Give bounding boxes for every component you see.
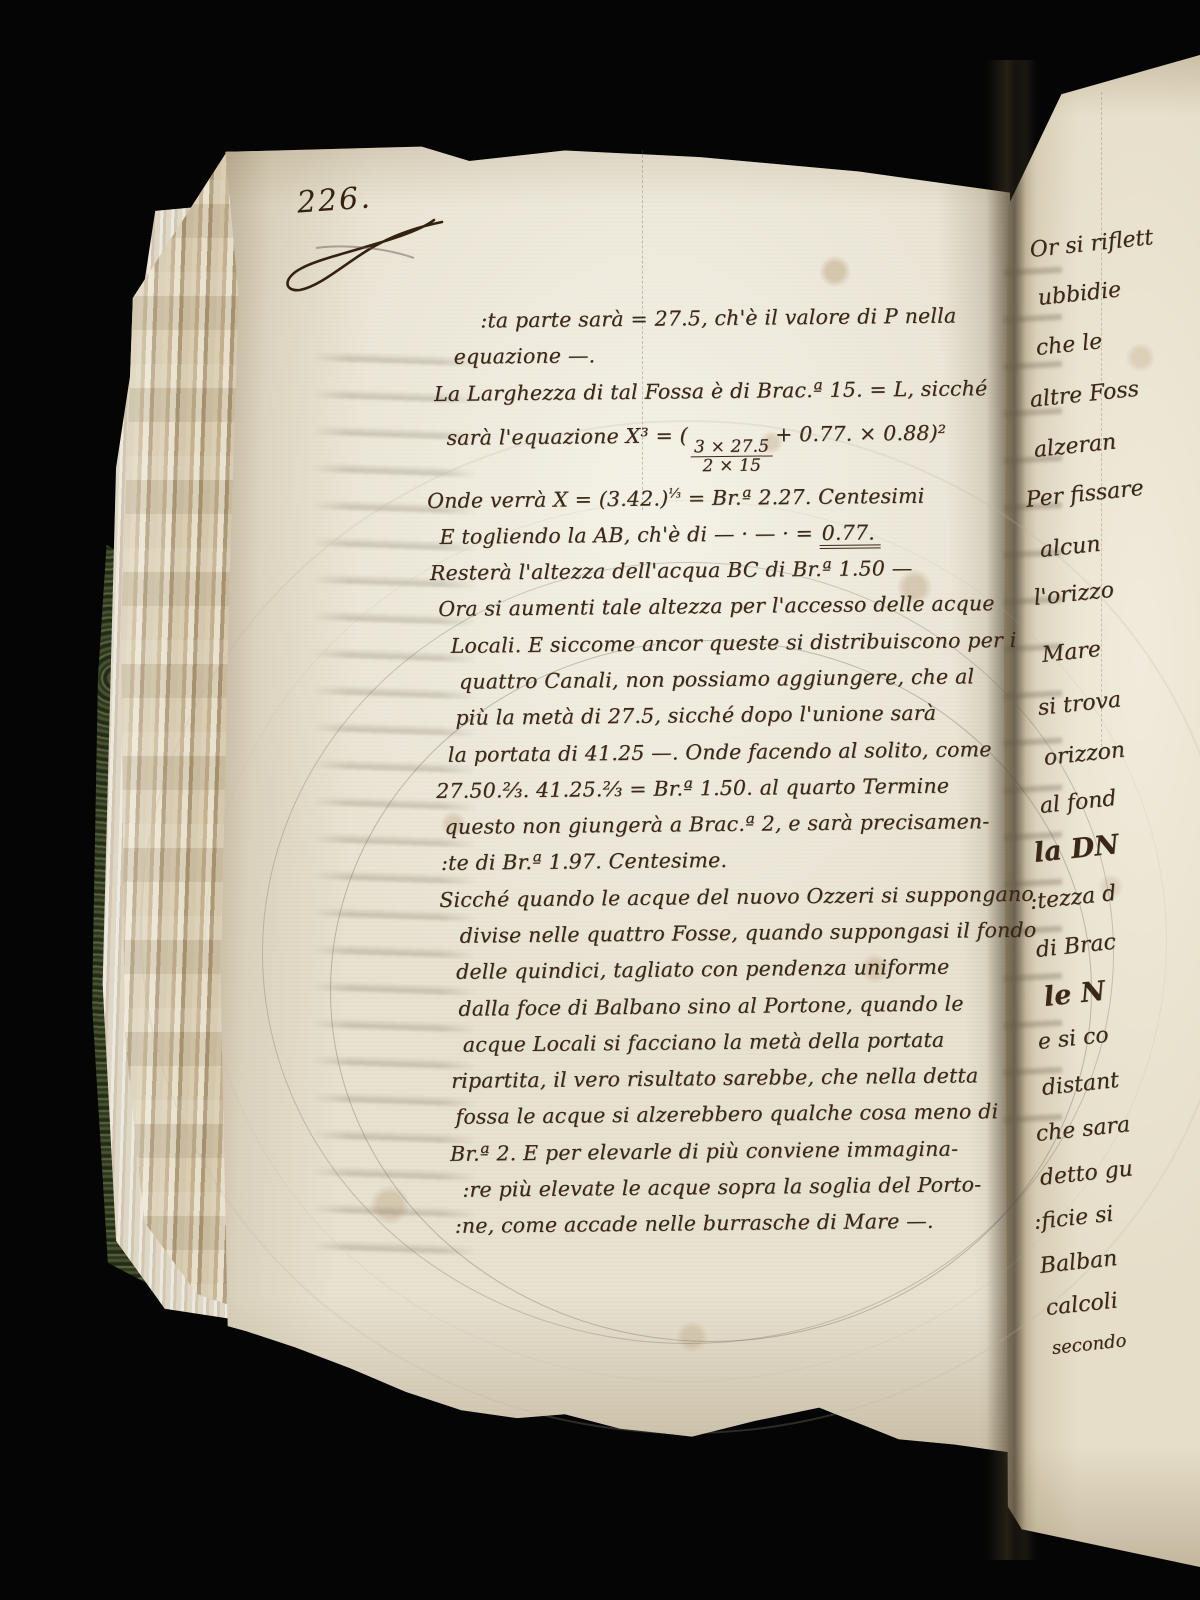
- manuscript-line: :ne, come accade nelle burrasche di Mare…: [455, 1202, 1020, 1244]
- manuscript-line: E togliendo la AB, ch'è di — · — · = 0.7…: [439, 513, 1012, 555]
- manuscript-line: Locali. E siccome ancor queste si distri…: [450, 622, 1013, 664]
- manuscript-text: :ta parte sarà = 27.5, ch'è il valore di…: [425, 297, 1020, 1245]
- manuscript-line: :te di Br.ª 1.97. Centesime.: [441, 839, 1016, 881]
- page-number-flourish: [276, 214, 451, 299]
- manuscript-line: quattro Canali, non possiamo aggiungere,…: [459, 658, 1014, 700]
- equation-pre: Onde verrà X = (3.42.): [427, 486, 668, 513]
- fraction-numerator: 3 × 27.5: [691, 437, 773, 457]
- manuscript-line: fossa le acque si alzerebbero qualche co…: [455, 1093, 1018, 1135]
- right-page-fragment: le N: [1043, 978, 1107, 1011]
- formula-pre: sarà l'equazione X³ = (: [446, 423, 688, 450]
- manuscript-line-formula: sarà l'equazione X³ = (3 × 27.52 × 15+ 0…: [446, 406, 1012, 479]
- manuscript-line: Resterà l'altezza dell'acqua BC di Br.ª …: [430, 549, 1013, 591]
- manuscript-line: acque Locali si facciano la metà della p…: [463, 1021, 1018, 1063]
- manuscript-line: Onde verrà X = (3.42.)⅓ = Br.ª 2.27. Cen…: [427, 473, 1012, 519]
- formula-tail: + 0.77. × 0.88)²: [775, 421, 946, 447]
- manuscript-line: :re più elevate le acque sopra la soglia…: [462, 1166, 1019, 1208]
- manuscript-line: equazione —.: [453, 333, 1010, 375]
- equation-tail: = Br.ª 2.27. Centesimi: [681, 483, 925, 510]
- manuscript-line: Sicché quando le acque del nuovo Ozzeri …: [439, 876, 1016, 918]
- manuscript-line: delle quindici, tagliato con pendenza un…: [456, 948, 1017, 990]
- equation-exponent: ⅓: [668, 486, 681, 501]
- fraction-denominator: 2 × 15: [691, 457, 773, 476]
- manuscript-photo: 226. :ta parte sarà = 27.5, ch'è il valo…: [0, 0, 1200, 1600]
- manuscript-line: La Larghezza di tal Fossa è di Brac.ª 15…: [434, 370, 1011, 412]
- line-pre: E togliendo la AB, ch'è di — · — · =: [439, 521, 813, 549]
- manuscript-line: dalla foce di Balbano sino al Portone, q…: [458, 985, 1017, 1027]
- manuscript-line: divise nelle quattro Fosse, quando suppo…: [460, 912, 1017, 954]
- right-page-fragment: Mare: [1041, 639, 1102, 667]
- manuscript-line: la portata di 41.25 —. Onde facendo al s…: [448, 730, 1015, 772]
- manuscript-line: :ta parte sarà = 27.5, ch'è il valore di…: [480, 297, 1010, 339]
- manuscript-line: questo non giungerà a Brac.ª 2, e sarà p…: [444, 803, 1015, 845]
- formula-fraction: 3 × 27.52 × 15: [691, 437, 773, 476]
- manuscript-line: Br.ª 2. E per elevarle di più conviene i…: [450, 1130, 1019, 1172]
- manuscript-line: ripartita, il vero risultato sarebbe, ch…: [451, 1057, 1018, 1099]
- manuscript-line: più la metà di 27.5, sicché dopo l'union…: [455, 694, 1014, 736]
- underlined-value: 0.77.: [820, 520, 881, 549]
- manuscript-line: Ora si aumenti tale altezza per l'access…: [438, 585, 1013, 627]
- manuscript-line: 27.50.⅔. 41.25.⅔ = Br.ª 1.50. al quarto …: [436, 767, 1015, 809]
